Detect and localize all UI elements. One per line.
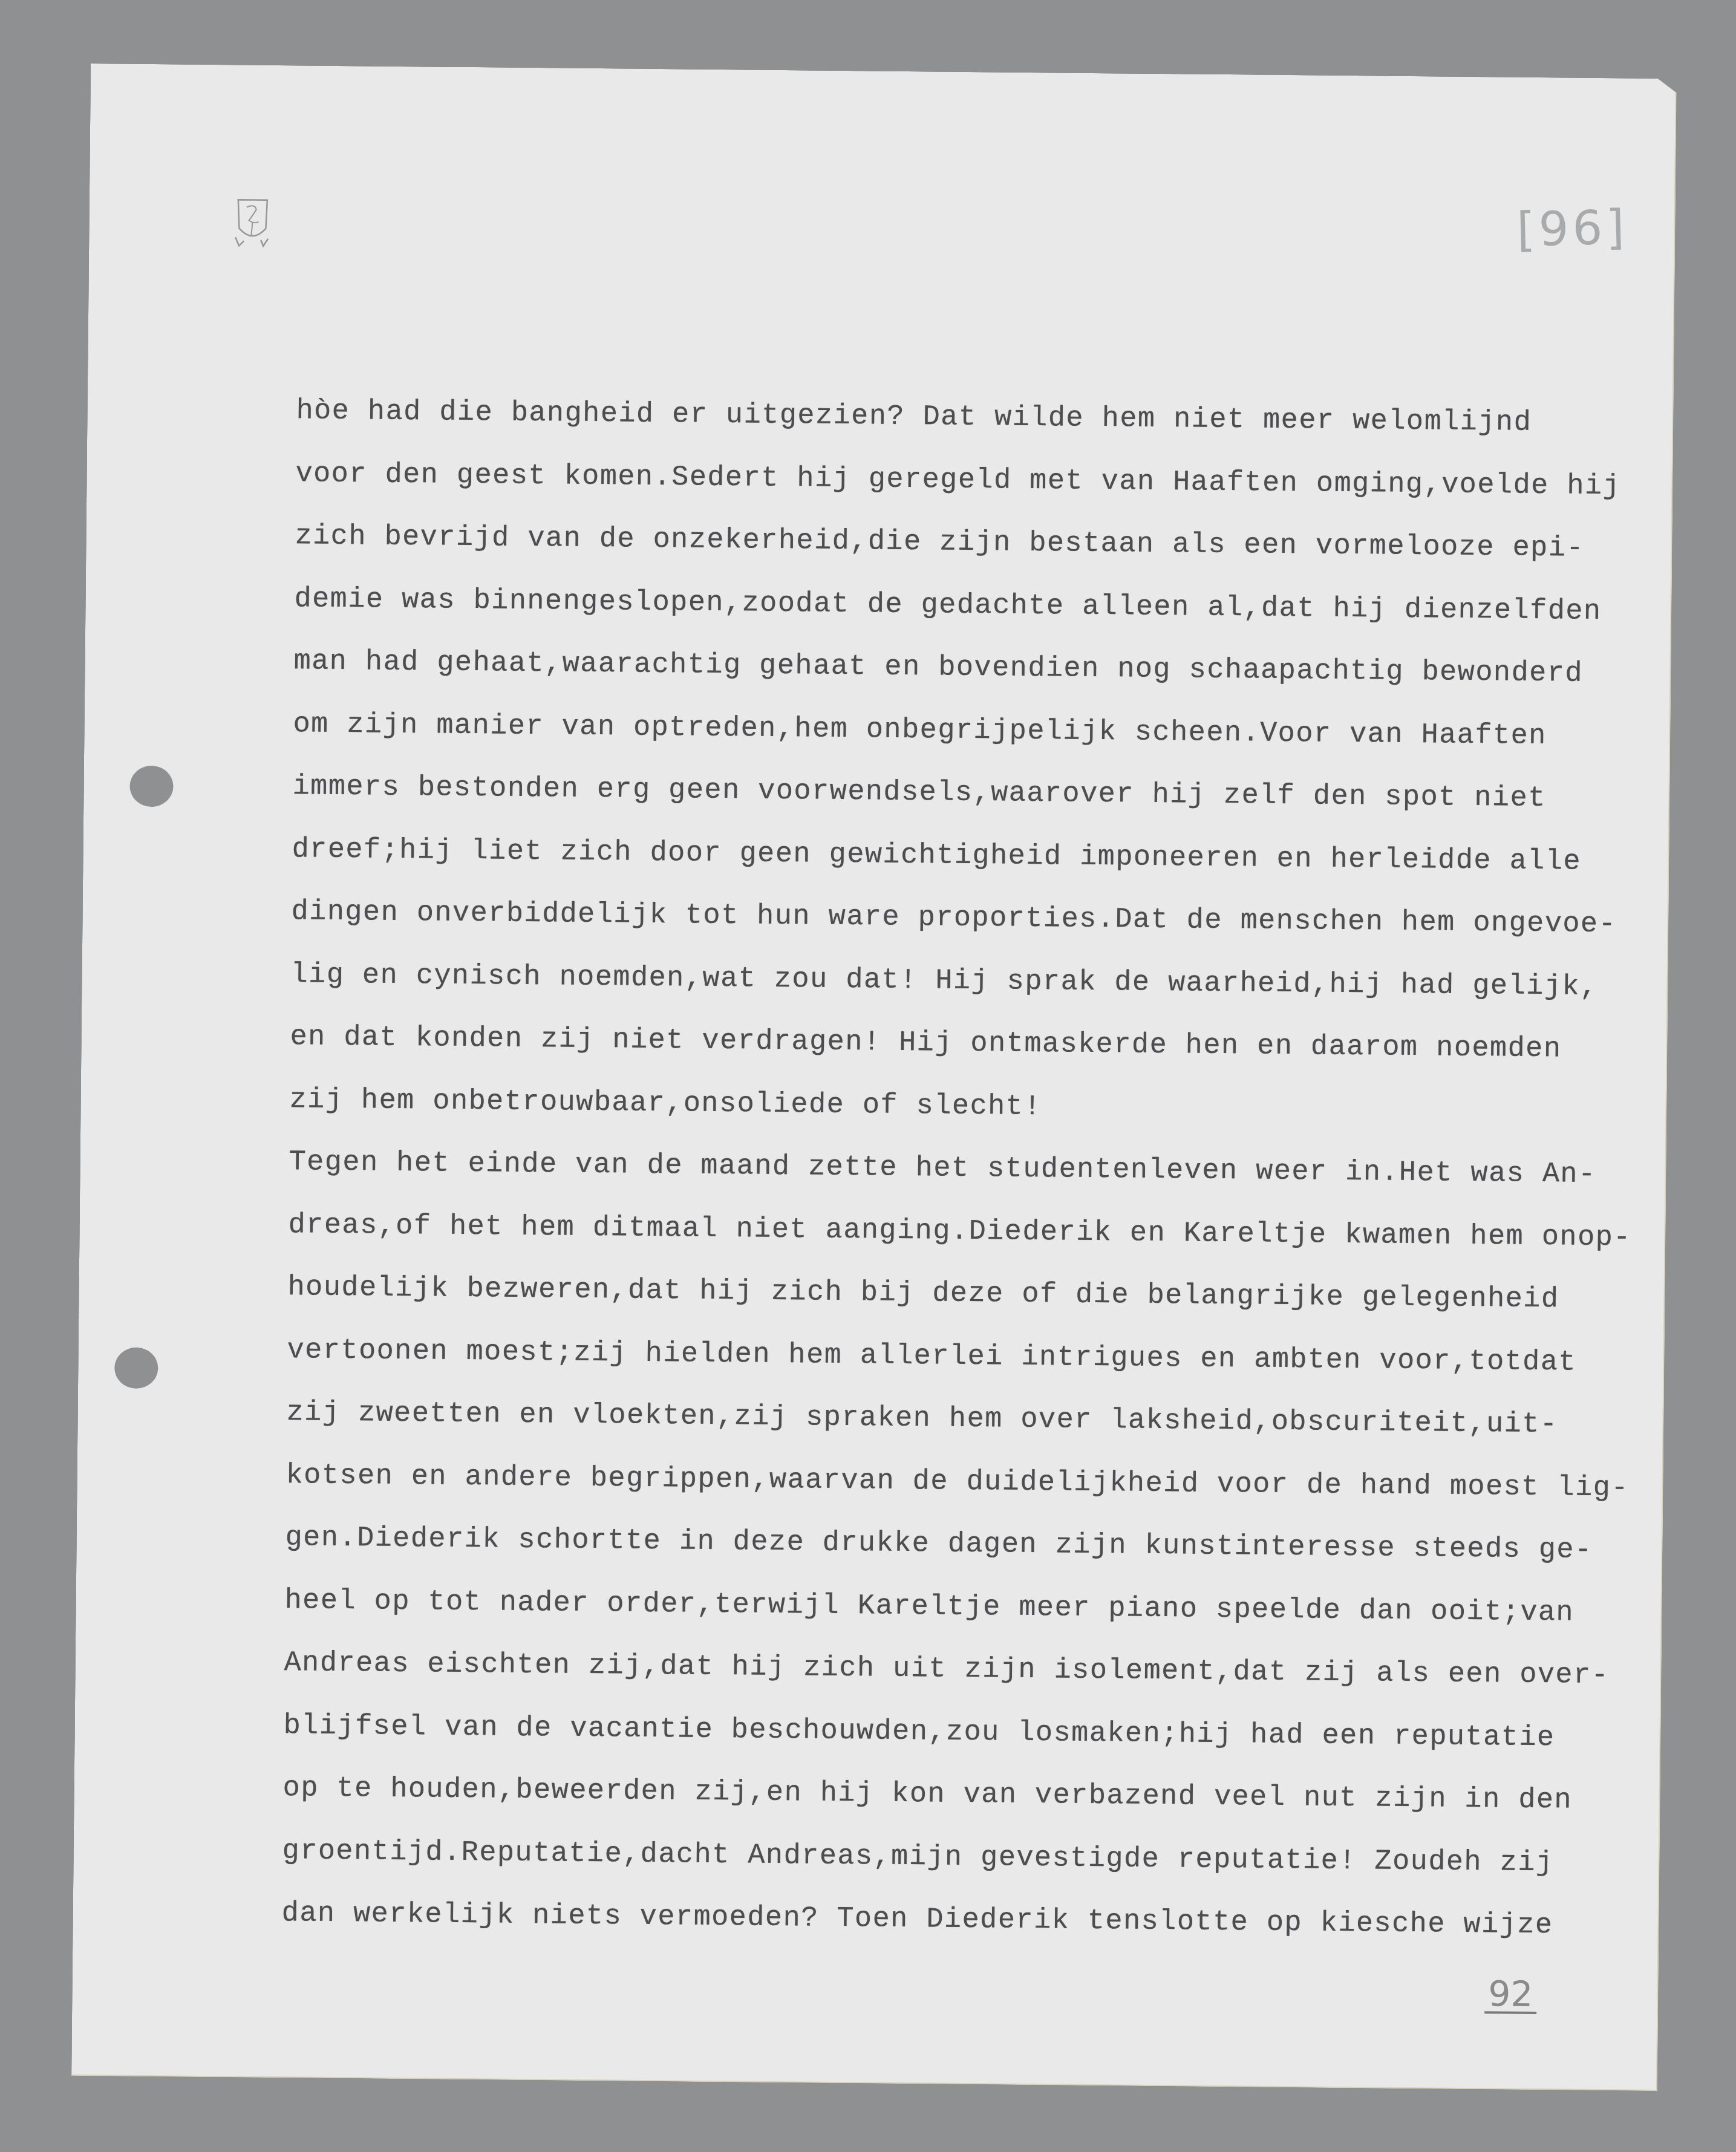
archive-page-number: [96] [1516,200,1628,258]
punch-hole-upper [129,766,174,807]
folio-number: 92 [1484,1976,1536,2014]
text-line: dan werkelijk niets vermoeden? Toen Died… [281,1882,1685,1958]
typewritten-page: [96] hòe had die bangheid er uitgezien? … [71,64,1677,2091]
punch-hole-lower [114,1347,158,1389]
typed-text-body: hòe had die bangheid er uitgezien? Dat w… [281,380,1700,1958]
coat-of-arms-stamp-icon [234,195,271,250]
